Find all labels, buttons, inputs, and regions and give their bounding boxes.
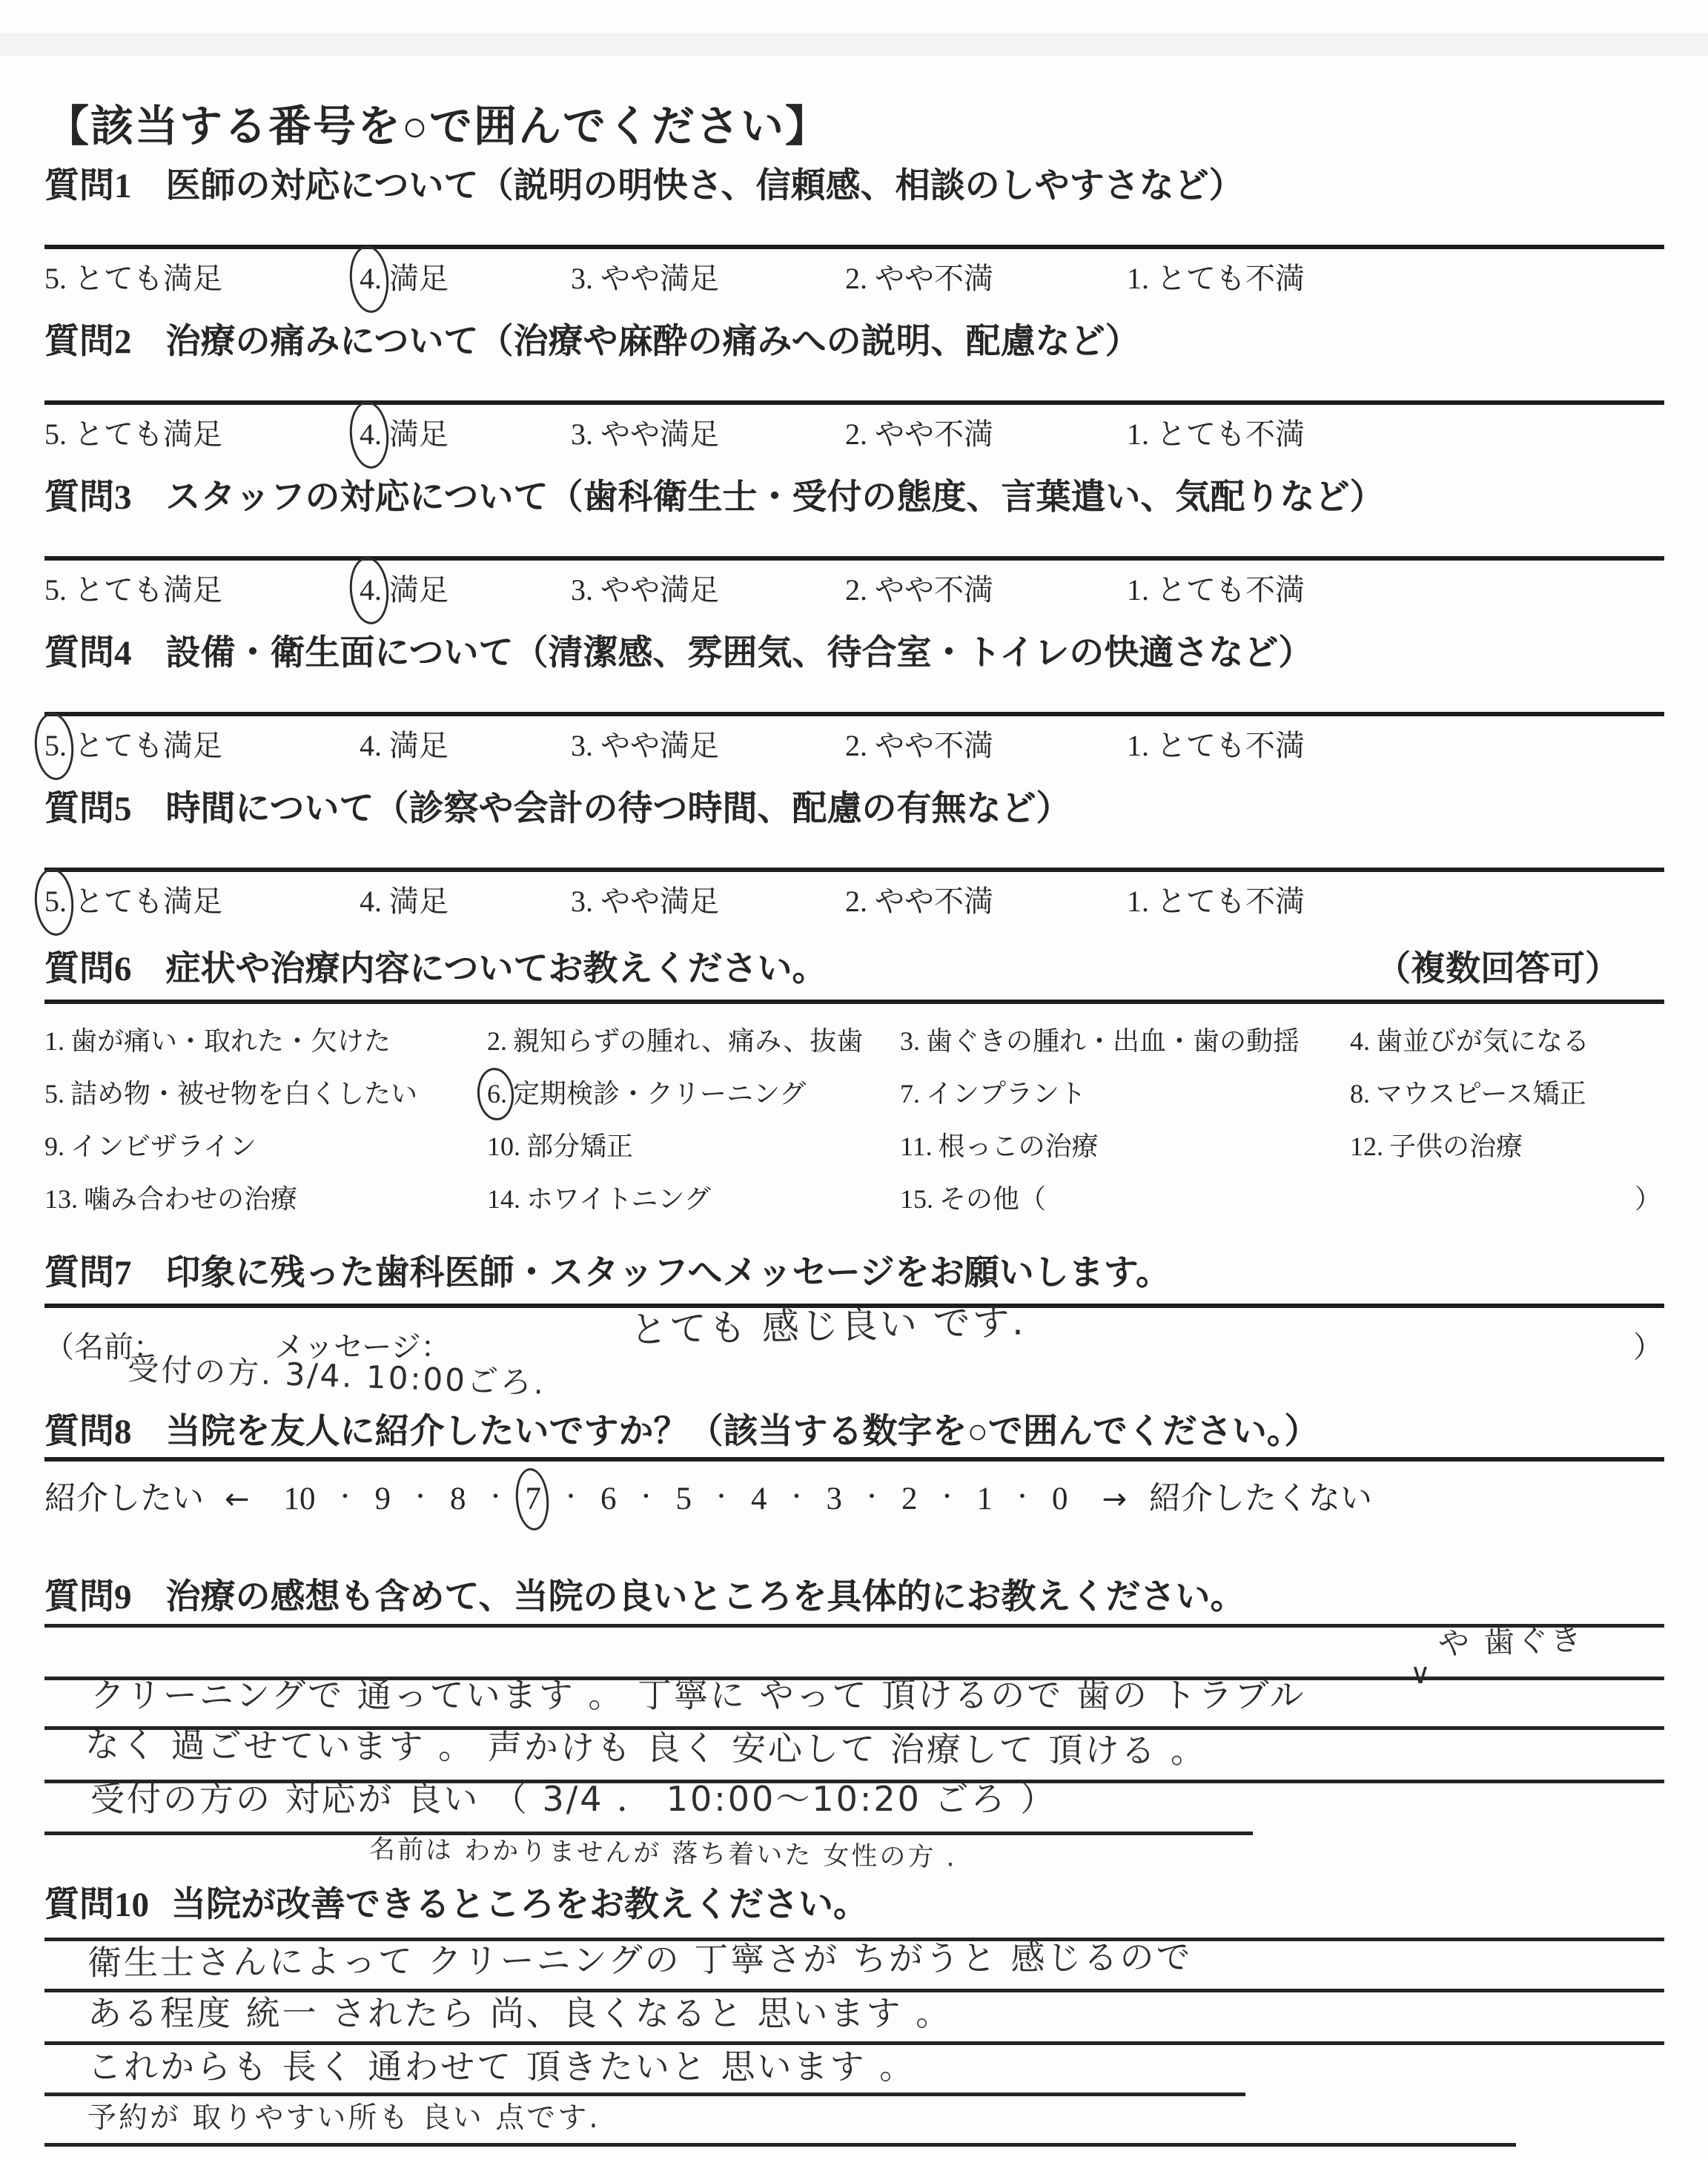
option-text: 満足 bbox=[389, 881, 448, 922]
option-text: とても不満 bbox=[1156, 569, 1305, 611]
question-7-section: 質問7 印象に残った歯科医師・スタッフへメッセージをお願いします。 （名前： メ… bbox=[44, 1252, 1664, 1427]
question-1-header: 質問1 医師の対応について（説明の明快さ、信頼感、相談のしやすさなど） bbox=[44, 165, 1664, 208]
option-text: やや不満 bbox=[875, 725, 993, 767]
option-text: 噛み合わせの治療 bbox=[84, 1186, 297, 1212]
option-text: 部分矯正 bbox=[526, 1133, 633, 1160]
handwritten-improvement-line-2: ある程度 統一 されたら 尚、良くなると 思います 。 bbox=[87, 1995, 952, 2032]
option-number: 12. bbox=[1350, 1133, 1383, 1160]
handwritten-message: とても 感じ良い です. bbox=[629, 1301, 1026, 1350]
question-10-header: 質問10 当院が改善できるところをお教えください。 bbox=[44, 1883, 1664, 1926]
symptom-option-10: 10.部分矯正 bbox=[487, 1120, 900, 1172]
option-number: 1. bbox=[1127, 258, 1149, 300]
question-2-label: 質問2 bbox=[44, 320, 132, 363]
symptom-option-8: 8.マウスピース矯正 bbox=[1350, 1067, 1664, 1120]
question-2-options: 5.とても満足 4.満足 3.やや満足 2.やや不満 1.とても不満 bbox=[44, 414, 1664, 455]
answer-line bbox=[44, 1624, 1664, 1628]
dot-separator: ・ bbox=[936, 1479, 959, 1511]
option-number: 2. bbox=[845, 569, 867, 611]
dot-separator: ・ bbox=[861, 1479, 883, 1511]
option-number: 4. bbox=[360, 414, 382, 455]
nps-6: 6 bbox=[600, 1481, 617, 1517]
option-text: 満足 bbox=[389, 725, 448, 767]
handwritten-improvement-line-1: 衛生士さんによって クリーニングの 丁寧さが ちがうと 感じるので bbox=[87, 1938, 1193, 1981]
dot-separator: ・ bbox=[1011, 1479, 1033, 1511]
symptom-option-2: 2.親知らずの腫れ、痛み、抜歯 bbox=[487, 1014, 900, 1067]
question-9-section: 質問9 治療の感想も含めて、当院の良いところを具体的にお教えください。 や 歯ぐ… bbox=[44, 1576, 1664, 1835]
handwritten-answer-line-3: 受付の方の 対応が 良い （ 3/4 ． 10:00〜10:20 ごろ ） bbox=[90, 1780, 1056, 1818]
option-number: 2. bbox=[845, 725, 867, 767]
question-6-title: 症状や治療内容についてお教えください。 bbox=[166, 948, 827, 991]
nps-4: 4 bbox=[751, 1481, 767, 1517]
question-6-label: 質問6 bbox=[44, 948, 132, 991]
option-text: とても不満 bbox=[1156, 725, 1305, 767]
option-number: 1. bbox=[44, 1028, 64, 1054]
option-number: 3. bbox=[571, 414, 593, 455]
nps-3: 3 bbox=[827, 1481, 843, 1517]
option-number: 4. bbox=[1350, 1028, 1370, 1054]
option-text: 子供の治療 bbox=[1389, 1133, 1523, 1160]
question-8-label: 質問8 bbox=[44, 1410, 132, 1453]
nps-9: 9 bbox=[375, 1481, 391, 1517]
nps-0: 0 bbox=[1052, 1481, 1068, 1517]
option-number: 3. bbox=[571, 258, 593, 300]
option-text: ホワイトニング bbox=[526, 1186, 711, 1212]
multiple-answers-note: （複数回答可） bbox=[1376, 948, 1620, 991]
option-text: 詰め物・被せ物を白くしたい bbox=[70, 1080, 417, 1107]
option-2-somewhat-dissatisfied: 2.やや不満 bbox=[845, 258, 1127, 300]
option-number: 4. bbox=[360, 569, 382, 611]
question-8-title: 当院を友人に紹介したいですか？（該当する数字を○で囲んでください。） bbox=[166, 1410, 1320, 1453]
question-4-label: 質問4 bbox=[44, 632, 132, 675]
option-text: とても満足 bbox=[74, 881, 222, 922]
option-number: 4. bbox=[360, 881, 382, 922]
option-number: 14. bbox=[487, 1186, 520, 1212]
option-number: 3. bbox=[571, 569, 593, 611]
option-number: 6. bbox=[487, 1080, 507, 1107]
option-number: 3. bbox=[900, 1028, 920, 1054]
symptom-option-5: 5.詰め物・被せ物を白くしたい bbox=[44, 1067, 487, 1120]
handwritten-answer-line-2: なく 過ごせています 。 声かけも 良く 安心して 治療して 頂ける 。 bbox=[85, 1726, 1207, 1770]
option-number: 5. bbox=[44, 414, 67, 455]
option-1-very-dissatisfied: 1.とても不満 bbox=[1127, 725, 1305, 767]
option-3-somewhat-satisfied: 3.やや満足 bbox=[571, 569, 845, 611]
want-to-refer-label: 紹介したい bbox=[44, 1473, 204, 1519]
divider-line bbox=[44, 1000, 1664, 1004]
option-number: 4. bbox=[360, 725, 382, 767]
question-2-section: 質問2 治療の痛みについて（治療や麻酔の痛みへの説明、配慮など） 5.とても満足… bbox=[44, 320, 1664, 455]
option-5-very-satisfied: 5.とても満足 bbox=[44, 725, 360, 767]
divider-line bbox=[44, 712, 1664, 716]
handwritten-answer-line-1: クリーニングで 通っています 。 丁寧に やって 頂けるので 歯の トラブル bbox=[90, 1677, 1306, 1714]
option-2-somewhat-dissatisfied: 2.やや不満 bbox=[845, 881, 1127, 922]
option-number: 1. bbox=[1127, 569, 1149, 611]
divider-line bbox=[44, 245, 1664, 249]
scan-artifact-band bbox=[0, 33, 1708, 56]
option-text: やや満足 bbox=[600, 725, 719, 767]
question-2-title: 治療の痛みについて（治療や麻酔の痛みへの説明、配慮など） bbox=[166, 320, 1140, 363]
symptom-option-3: 3.歯ぐきの腫れ・出血・歯の動揺 bbox=[900, 1014, 1350, 1067]
symptom-option-14: 14.ホワイトニング bbox=[487, 1172, 900, 1225]
option-text: インプラント bbox=[926, 1080, 1086, 1107]
option-text: とても不満 bbox=[1156, 881, 1305, 922]
question-3-header: 質問3 スタッフの対応について（歯科衛生士・受付の態度、言葉遣い、気配りなど） bbox=[44, 476, 1664, 519]
option-text: その他（ bbox=[939, 1186, 1046, 1212]
question-5-header: 質問5 時間について（診察や会計の待つ時間、配慮の有無など） bbox=[44, 787, 1664, 830]
question-5-title: 時間について（診察や会計の待つ時間、配慮の有無など） bbox=[166, 787, 1071, 830]
question-5-label: 質問5 bbox=[44, 787, 132, 830]
option-text: とても満足 bbox=[74, 725, 222, 767]
option-2-somewhat-dissatisfied: 2.やや不満 bbox=[845, 414, 1127, 455]
symptom-option-7: 7.インプラント bbox=[900, 1067, 1350, 1120]
close-paren-text: ） bbox=[1635, 1186, 1661, 1212]
option-text: やや満足 bbox=[600, 258, 719, 300]
symptom-option-4: 4.歯並びが気になる bbox=[1350, 1014, 1664, 1067]
right-arrow-icon: → bbox=[1102, 1482, 1128, 1516]
symptom-option-11: 11.根っこの治療 bbox=[900, 1120, 1350, 1172]
option-text: やや満足 bbox=[600, 569, 719, 611]
option-text: 満足 bbox=[389, 258, 448, 300]
nps-1: 1 bbox=[977, 1481, 993, 1517]
question-10-title: 当院が改善できるところをお教えください。 bbox=[171, 1883, 868, 1926]
option-text: 歯が痛い・取れた・欠けた bbox=[70, 1028, 391, 1054]
option-text: 歯ぐきの腫れ・出血・歯の動揺 bbox=[926, 1028, 1300, 1054]
nps-scale-row: 紹介したい ← 10・9・8・7・6・5・4・3・2・1・0 → 紹介したくない bbox=[44, 1473, 1664, 1519]
question-4-options: 5.とても満足 4.満足 3.やや満足 2.やや不満 1.とても不満 bbox=[44, 725, 1664, 767]
option-text: とても不満 bbox=[1156, 414, 1305, 455]
option-number: 10. bbox=[487, 1133, 520, 1160]
dot-separator: ・ bbox=[409, 1479, 431, 1511]
question-4-header: 質問4 設備・衛生面について（清潔感、雰囲気、待合室・トイレの快適さなど） bbox=[44, 632, 1664, 675]
option-3-somewhat-satisfied: 3.やや満足 bbox=[571, 258, 845, 300]
symptom-option-12: 12.子供の治療 bbox=[1350, 1120, 1664, 1172]
question-7-title: 印象に残った歯科医師・スタッフへメッセージをお願いします。 bbox=[166, 1252, 1171, 1295]
option-text: やや不満 bbox=[875, 881, 993, 922]
question-6-header: 質問6 症状や治療内容についてお教えください。 （複数回答可） bbox=[44, 948, 1664, 991]
question-8-header: 質問8 当院を友人に紹介したいですか？（該当する数字を○で囲んでください。） bbox=[44, 1410, 1664, 1453]
option-number: 11. bbox=[900, 1133, 933, 1160]
option-3-somewhat-satisfied: 3.やや満足 bbox=[571, 414, 845, 455]
option-text: やや満足 bbox=[600, 414, 719, 455]
option-text: とても満足 bbox=[74, 569, 222, 611]
option-number: 7. bbox=[900, 1080, 920, 1107]
nps-8: 8 bbox=[450, 1481, 466, 1517]
answer-line bbox=[44, 2143, 1516, 2147]
option-number: 5. bbox=[44, 258, 67, 300]
option-number: 2. bbox=[487, 1028, 507, 1054]
option-number: 15. bbox=[900, 1186, 933, 1212]
question-1-section: 質問1 医師の対応について（説明の明快さ、信頼感、相談のしやすさなど） 5.とて… bbox=[44, 165, 1664, 300]
option-number: 1. bbox=[1127, 414, 1149, 455]
option-5-very-satisfied: 5.とても満足 bbox=[44, 258, 360, 300]
symptom-option-6: 6.定期検診・クリーニング bbox=[487, 1067, 900, 1120]
option-text: やや不満 bbox=[875, 414, 993, 455]
option-1-very-dissatisfied: 1.とても不満 bbox=[1127, 569, 1305, 611]
question-2-header: 質問2 治療の痛みについて（治療や麻酔の痛みへの説明、配慮など） bbox=[44, 320, 1664, 363]
question-3-options: 5.とても満足 4.満足 3.やや満足 2.やや不満 1.とても不満 bbox=[44, 569, 1664, 611]
question-3-label: 質問3 bbox=[44, 476, 132, 519]
symptom-option-9: 9.インビザライン bbox=[44, 1120, 487, 1172]
option-text: 根っこの治療 bbox=[939, 1133, 1099, 1160]
handwritten-improvement-line-4: 予約が 取りやすい所も 良い 点です. bbox=[87, 2103, 600, 2135]
nps-2: 2 bbox=[901, 1481, 918, 1517]
question-7-header: 質問7 印象に残った歯科医師・スタッフへメッセージをお願いします。 bbox=[44, 1252, 1664, 1295]
option-number: 2. bbox=[845, 414, 867, 455]
option-4-satisfied: 4.満足 bbox=[360, 569, 571, 611]
option-1-very-dissatisfied: 1.とても不満 bbox=[1127, 414, 1305, 455]
question-6-section: 質問6 症状や治療内容についてお教えください。 （複数回答可） 1.歯が痛い・取… bbox=[44, 948, 1664, 1225]
nps-5: 5 bbox=[676, 1481, 692, 1517]
symptom-option-1: 1.歯が痛い・取れた・欠けた bbox=[44, 1014, 487, 1067]
option-2-somewhat-dissatisfied: 2.やや不満 bbox=[845, 725, 1127, 767]
option-4-satisfied: 4.満足 bbox=[360, 725, 571, 767]
left-arrow-icon: ← bbox=[225, 1482, 250, 1516]
option-number: 1. bbox=[1127, 725, 1149, 767]
option-number: 3. bbox=[571, 881, 593, 922]
option-text: とても満足 bbox=[74, 414, 222, 455]
answer-line bbox=[44, 2093, 1245, 2096]
handwritten-name: 受付の方. 3/4. 10:00ごろ. bbox=[127, 1352, 546, 1401]
option-number: 2. bbox=[845, 258, 867, 300]
handwritten-answer-line-4: 名前は わかりませんが 落ち着いた 女性の方 . bbox=[369, 1835, 957, 1872]
question-3-section: 質問3 スタッフの対応について（歯科衛生士・受付の態度、言葉遣い、気配りなど） … bbox=[44, 476, 1664, 611]
close-paren: ） bbox=[1633, 1324, 1663, 1366]
other-close-paren: ） bbox=[1350, 1172, 1664, 1225]
divider-line bbox=[44, 1457, 1664, 1462]
dot-separator: ・ bbox=[334, 1479, 357, 1511]
option-text: 満足 bbox=[389, 569, 448, 611]
option-4-satisfied: 4.満足 bbox=[360, 258, 571, 300]
question-5-section: 質問5 時間について（診察や会計の待つ時間、配慮の有無など） 5.とても満足 4… bbox=[44, 787, 1664, 922]
dot-separator: ・ bbox=[485, 1479, 507, 1511]
option-1-very-dissatisfied: 1.とても不満 bbox=[1127, 881, 1305, 922]
option-text: とても不満 bbox=[1156, 258, 1305, 300]
question-9-label: 質問9 bbox=[44, 1576, 132, 1619]
symptom-option-15-other: 15.その他（ bbox=[900, 1172, 1350, 1225]
option-number: 3. bbox=[571, 725, 593, 767]
handwritten-improvement-line-3: これからも 長く 通わせて 頂きたいと 思います 。 bbox=[87, 2048, 916, 2086]
option-number: 1. bbox=[1127, 881, 1149, 922]
option-number: 13. bbox=[44, 1186, 78, 1212]
option-5-very-satisfied: 5.とても満足 bbox=[44, 414, 360, 455]
question-4-title: 設備・衛生面について（清潔感、雰囲気、待合室・トイレの快適さなど） bbox=[166, 632, 1314, 675]
option-number: 9. bbox=[44, 1133, 64, 1160]
handwritten-insertion-above: や 歯ぐき bbox=[1437, 1622, 1584, 1662]
option-text: やや満足 bbox=[600, 881, 719, 922]
question-1-title: 医師の対応について（説明の明快さ、信頼感、相談のしやすさなど） bbox=[166, 165, 1244, 208]
option-number: 5. bbox=[44, 1080, 64, 1107]
question-9-header: 質問9 治療の感想も含めて、当院の良いところを具体的にお教えください。 bbox=[44, 1576, 1664, 1619]
option-3-somewhat-satisfied: 3.やや満足 bbox=[571, 725, 845, 767]
question-3-title: スタッフの対応について（歯科衛生士・受付の態度、言葉遣い、気配りなど） bbox=[166, 476, 1385, 519]
do-not-refer-label: 紹介したくない bbox=[1149, 1473, 1372, 1519]
option-text: マウスピース矯正 bbox=[1376, 1080, 1586, 1107]
option-text: やや不満 bbox=[875, 258, 993, 300]
option-number: 2. bbox=[845, 881, 867, 922]
option-text: 定期検診・クリーニング bbox=[513, 1080, 806, 1107]
option-number: 5. bbox=[44, 569, 67, 611]
option-text: 満足 bbox=[389, 414, 448, 455]
option-number: 5. bbox=[44, 881, 67, 922]
divider-line bbox=[44, 400, 1664, 405]
dot-separator: ・ bbox=[786, 1479, 808, 1511]
insertion-caret-mark: ∨ bbox=[1410, 1659, 1433, 1690]
question-9-title: 治療の感想も含めて、当院の良いところを具体的にお教えください。 bbox=[166, 1576, 1245, 1619]
option-number: 8. bbox=[1350, 1080, 1370, 1107]
option-text: 親知らずの腫れ、痛み、抜歯 bbox=[513, 1028, 863, 1054]
option-5-very-satisfied: 5.とても満足 bbox=[44, 881, 360, 922]
option-text: とても満足 bbox=[74, 258, 222, 300]
question-1-options: 5.とても満足 4.満足 3.やや満足 2.やや不満 1.とても不満 bbox=[44, 258, 1664, 300]
option-4-satisfied: 4.満足 bbox=[360, 881, 571, 922]
question-5-options: 5.とても満足 4.満足 3.やや満足 2.やや不満 1.とても不満 bbox=[44, 881, 1664, 922]
answer-line bbox=[44, 1989, 1664, 1992]
symptom-option-13: 13.噛み合わせの治療 bbox=[44, 1172, 487, 1225]
nps-10: 10 bbox=[284, 1481, 316, 1517]
survey-scan-page: 【該当する番号を○で囲んでください】 質問1 医師の対応について（説明の明快さ、… bbox=[0, 0, 1708, 2160]
dot-separator: ・ bbox=[635, 1479, 658, 1511]
answer-line bbox=[44, 1832, 1253, 1835]
option-text: インビザライン bbox=[70, 1133, 256, 1160]
nps-7: 7 bbox=[526, 1481, 542, 1517]
option-3-somewhat-satisfied: 3.やや満足 bbox=[571, 881, 845, 922]
option-text: 歯並びが気になる bbox=[1376, 1028, 1589, 1054]
question-10-label: 質問10 bbox=[44, 1883, 149, 1926]
option-number: 5. bbox=[44, 725, 67, 767]
question-7-label: 質問7 bbox=[44, 1252, 132, 1295]
divider-line bbox=[44, 868, 1664, 872]
question-10-section: 質問10 当院が改善できるところをお教えください。 衛生士さんによって クリーニ… bbox=[44, 1883, 1664, 2147]
option-2-somewhat-dissatisfied: 2.やや不満 bbox=[845, 569, 1127, 611]
dot-separator: ・ bbox=[560, 1479, 582, 1511]
question-8-section: 質問8 当院を友人に紹介したいですか？（該当する数字を○で囲んでください。） 紹… bbox=[44, 1410, 1664, 1519]
option-number: 4. bbox=[360, 258, 382, 300]
dot-separator: ・ bbox=[710, 1479, 732, 1511]
option-5-very-satisfied: 5.とても満足 bbox=[44, 569, 360, 611]
question-4-section: 質問4 設備・衛生面について（清潔感、雰囲気、待合室・トイレの快適さなど） 5.… bbox=[44, 632, 1664, 767]
option-4-satisfied: 4.満足 bbox=[360, 414, 571, 455]
option-1-very-dissatisfied: 1.とても不満 bbox=[1127, 258, 1305, 300]
option-text: やや不満 bbox=[875, 569, 993, 611]
question-1-label: 質問1 bbox=[44, 165, 132, 208]
nps-numbers: 10・9・8・7・6・5・4・3・2・1・0 bbox=[284, 1481, 1068, 1517]
divider-line bbox=[44, 556, 1664, 561]
answer-line bbox=[44, 2041, 1664, 2045]
question-6-options-grid: 1.歯が痛い・取れた・欠けた 2.親知らずの腫れ、痛み、抜歯 3.歯ぐきの腫れ・… bbox=[44, 1014, 1664, 1225]
page-title: 【該当する番号を○で囲んでください】 bbox=[46, 91, 830, 153]
